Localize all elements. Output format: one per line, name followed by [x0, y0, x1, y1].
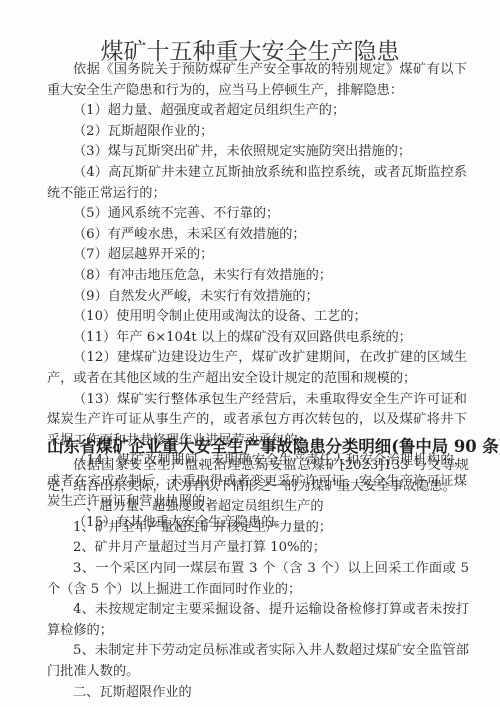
list-item: 1、矿井全年产量超过矿井核定生产力量的；	[47, 518, 469, 539]
list-item: （5）通风系统不完善、不行靠的；	[47, 204, 467, 225]
list-item: 3、一个采区内同一煤层布置 3 个（含 3 个）以上回采工作面或 5 个（含 5…	[47, 559, 469, 600]
category-heading: 二、瓦斯超限作业的	[47, 683, 469, 704]
list-item: （1）超力量、超强度或者超定员组织生产的；	[47, 101, 467, 122]
list-item: 4、未按规定制定主要采掘设备、提升运输设备检修打算或者未按打算检修的；	[47, 600, 469, 641]
document-page: 煤矿十五种重大安全生产隐患 依据《国务院关于预防煤矿生产安全事故的特别规定》煤矿…	[0, 0, 500, 707]
list-item: 2、矿井月产量超过当月产量打算 10%的；	[47, 538, 469, 559]
section-2-body: 依据国家安全生产监视治理总局安监总煤矿[2023]133 号文等规定，结合山东实…	[47, 456, 469, 703]
section-2-intro: 依据国家安全生产监视治理总局安监总煤矿[2023]133 号文等规定，结合山东实…	[47, 456, 469, 497]
section-1-intro: 依据《国务院关于预防煤矿生产安全事故的特别规定》煤矿有以下重大安全生产隐患和行为…	[47, 60, 467, 101]
list-item: （12）建煤矿边建设边生产，煤矿改扩建期间，在改扩建的区域生产，或者在其他区域的…	[47, 348, 467, 389]
category-heading: 一、超力量、超强度或者超定员组织生产的	[47, 497, 469, 518]
list-item: （3）煤与瓦斯突出矿井，未依照规定实施防突出措施的；	[47, 142, 467, 163]
list-item: （4）高瓦斯矿井未建立瓦斯抽放系统和监控系统，或者瓦斯监控系统不能正常运行的；	[47, 163, 467, 204]
list-item: （8）有冲击地压危急，未实行有效措施的；	[47, 266, 467, 287]
section-2-heading: 山东省煤矿企业重大安全生产事故隐患分类明细(鲁中局 90 条)	[47, 433, 487, 457]
list-item: （10）使用明令制止使用或淘汰的设备、工艺的；	[47, 307, 467, 328]
list-item: （11）年产 6×104t 以上的煤矿没有双回路供电系统的；	[47, 328, 467, 349]
list-item: （6）有严峻水患，未采区有效措施的；	[47, 225, 467, 246]
list-item: （9）自然发火严峻，未实行有效措施的；	[47, 287, 467, 308]
list-item: （2）瓦斯超限作业的；	[47, 122, 467, 143]
list-item: 5、未制定井下劳动定员标准或者实际入井人数超过煤矿安全监管部门批准人数的。	[47, 641, 469, 682]
list-item: （7）超层越界开采的；	[47, 245, 467, 266]
